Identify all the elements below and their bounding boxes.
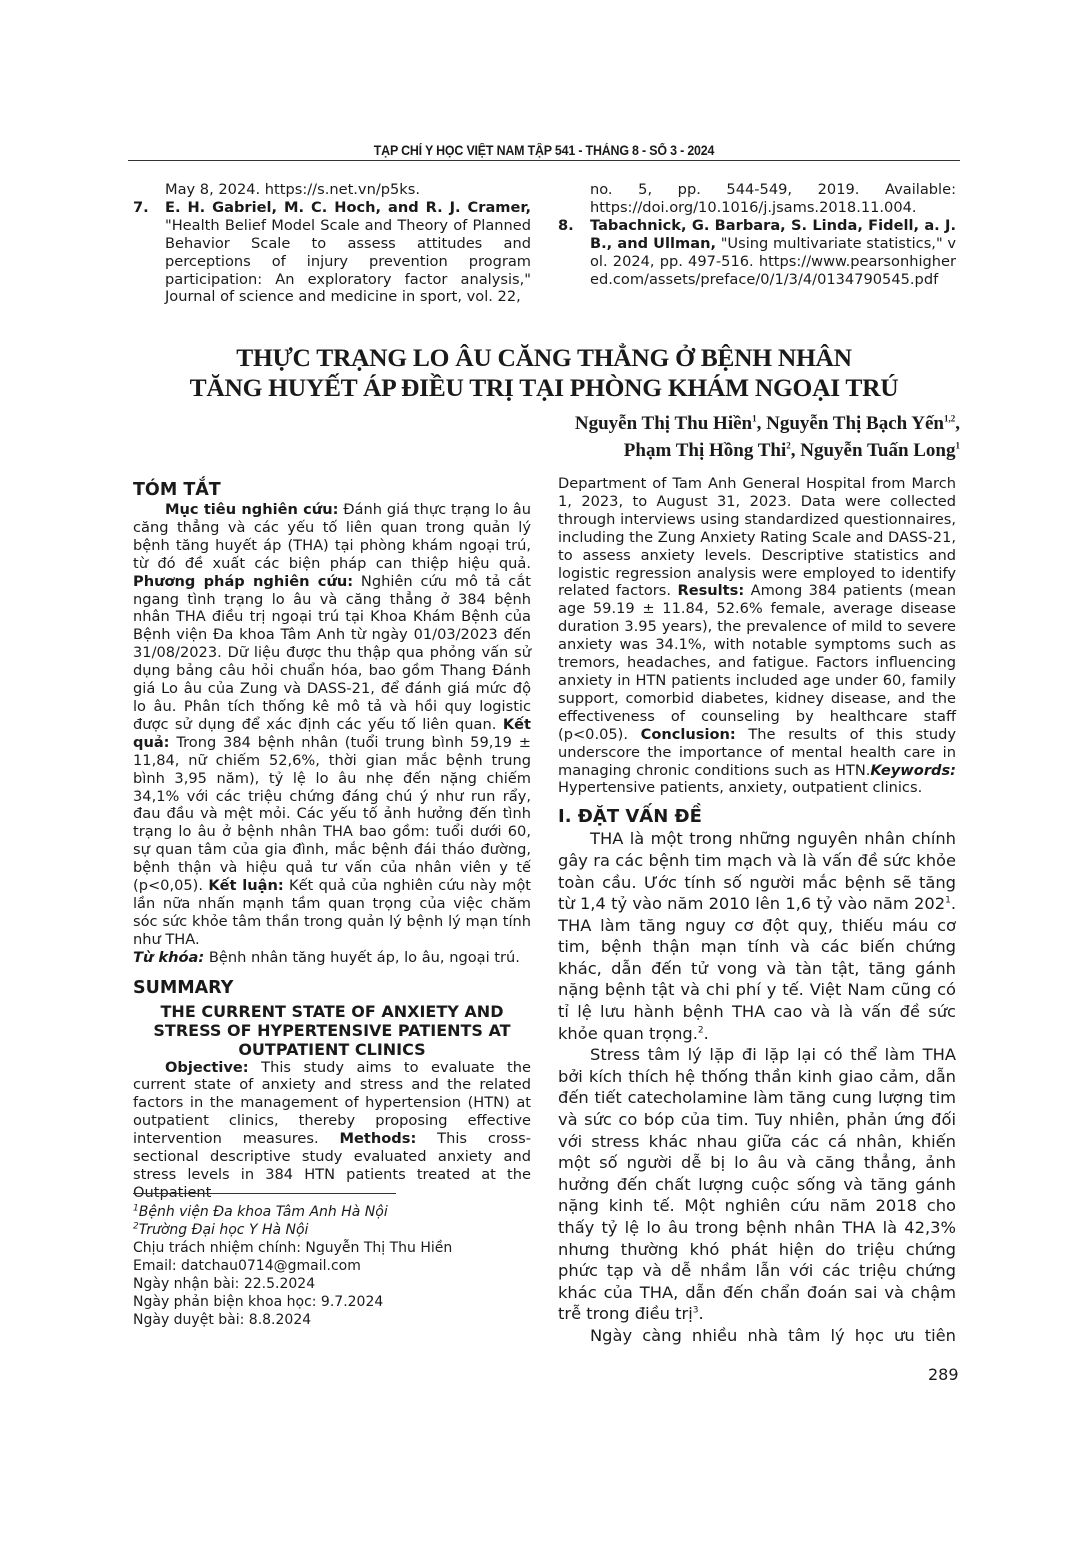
paragraph-text: .: [704, 1024, 709, 1043]
reference-continuation: no. 5, pp. 544-549, 2019. Available: htt…: [590, 181, 956, 217]
reference-authors: E. H. Gabriel, M. C. Hoch, and R. J. Cra…: [165, 199, 531, 216]
conclusion-label-en: Conclusion:: [641, 726, 736, 743]
methods-text-en-continued: Department of Tam Anh General Hospital f…: [558, 475, 956, 599]
affiliation-text: Bệnh viện Đa khoa Tâm Anh Hà Nội: [139, 1204, 388, 1220]
section-1-paragraph-3: Ngày càng nhiều nhà tâm lý học ưu tiên: [558, 1325, 956, 1347]
reference-item-7: 7. E. H. Gabriel, M. C. Hoch, and R. J. …: [165, 199, 531, 306]
section-1-heading: I. ĐẶT VẤN ĐỀ: [558, 806, 956, 828]
corresponding-author: Chịu trách nhiệm chính: Nguyễn Thị Thu H…: [133, 1239, 531, 1257]
author-affiliation: 1: [956, 441, 961, 451]
objective-label: Mục tiêu nghiên cứu:: [165, 501, 338, 518]
date-accepted: Ngày duyệt bài: 8.8.2024: [133, 1311, 531, 1329]
footnotes: 1Bệnh viện Đa khoa Tâm Anh Hà Nội 2Trườn…: [133, 1203, 531, 1329]
methods-text: Nghiên cứu mô tả cắt ngang tình trạng lo…: [133, 573, 531, 733]
date-reviewed: Ngày phản biện khoa học: 9.7.2024: [133, 1293, 531, 1311]
keywords-text-en: Hypertensive patients, anxiety, outpatie…: [558, 779, 922, 796]
summary-heading: SUMMARY: [133, 977, 531, 999]
date-received: Ngày nhận bài: 22.5.2024: [133, 1275, 531, 1293]
references-left: May 8, 2024. https://s.net.vn/p5ks. 7. E…: [165, 181, 531, 306]
affiliation-2: 2Trường Đại học Y Hà Nội: [133, 1221, 531, 1239]
conclusion-label: Kết luận:: [208, 877, 283, 894]
header-rule: [128, 160, 960, 161]
author-affiliation: 1,2: [944, 414, 955, 424]
author-separator: ,: [791, 440, 801, 461]
page-number: 289: [928, 1365, 959, 1384]
article-title: THỰC TRẠNG LO ÂU CĂNG THẲNG Ở BỆNH NHÂN …: [128, 343, 960, 403]
keywords-label: Từ khóa:: [133, 949, 204, 966]
reference-item-8: 8. Tabachnick, G. Barbara, S. Linda, Fid…: [590, 217, 956, 289]
author-separator: ,: [955, 413, 960, 434]
abstract-vi-keywords: Từ khóa: Bệnh nhân tăng huyết áp, lo âu,…: [133, 949, 531, 967]
summary-title: THE CURRENT STATE OF ANXIETY AND STRESS …: [133, 1002, 531, 1059]
keywords-label-en: Keywords:: [870, 762, 956, 779]
right-column: Department of Tam Anh General Hospital f…: [558, 475, 956, 1347]
paragraph-text: . THA làm tăng nguy cơ đột quỵ, thiếu má…: [558, 894, 956, 1043]
footnote-rule: [133, 1193, 396, 1194]
author-email: Email: datchau0714@gmail.com: [133, 1257, 531, 1275]
author-name: Phạm Thị Hồng Thi: [624, 440, 786, 461]
results-text: Trong 384 bệnh nhân (tuổi trung bình 59,…: [133, 734, 531, 894]
methods-label-en: Methods:: [340, 1130, 417, 1147]
paragraph-text: THA là một trong những nguyên nhân chính…: [558, 829, 956, 913]
reference-number: 7.: [133, 199, 149, 217]
author-list: Nguyễn Thị Thu Hiền1, Nguyễn Thị Bạch Yế…: [575, 410, 960, 464]
running-header: TẠP CHÍ Y HỌC VIỆT NAM TẬP 541 - THÁNG 8…: [161, 143, 926, 158]
article-title-line-1: THỰC TRẠNG LO ÂU CĂNG THẲNG Ở BỆNH NHÂN: [128, 343, 960, 373]
reference-text: "Health Belief Model Scale and Theory of…: [165, 217, 531, 306]
references-right: no. 5, pp. 544-549, 2019. Available: htt…: [590, 181, 956, 288]
results-text-en: Among 384 patients (mean age 59.19 ± 11.…: [558, 582, 956, 742]
abstract-vi-heading: TÓM TẮT: [133, 479, 531, 501]
journal-page: TẠP CHÍ Y HỌC VIỆT NAM TẬP 541 - THÁNG 8…: [0, 0, 1090, 1541]
keywords-text: Bệnh nhân tăng huyết áp, lo âu, ngoại tr…: [204, 949, 520, 966]
reference-continuation: May 8, 2024. https://s.net.vn/p5ks.: [165, 181, 531, 199]
author-name: Nguyễn Thị Thu Hiền: [575, 413, 752, 434]
article-title-line-2: TĂNG HUYẾT ÁP ĐIỀU TRỊ TẠI PHÒNG KHÁM NG…: [128, 373, 960, 403]
summary-body-left: Objective: This study aims to evaluate t…: [133, 1059, 531, 1202]
affiliation-text: Trường Đại học Y Hà Nội: [139, 1222, 309, 1238]
objective-label-en: Objective:: [165, 1059, 249, 1076]
summary-body-right: Department of Tam Anh General Hospital f…: [558, 475, 956, 797]
results-label-en: Results:: [677, 582, 744, 599]
paragraph-text: Stress tâm lý lặp đi lặp lại có thể làm …: [558, 1045, 956, 1323]
section-1-paragraph-1: THA là một trong những nguyên nhân chính…: [558, 828, 956, 1044]
section-1-paragraph-2: Stress tâm lý lặp đi lặp lại có thể làm …: [558, 1044, 956, 1325]
paragraph-text: .: [698, 1304, 703, 1323]
author-separator: ,: [757, 413, 767, 434]
author-name: Nguyễn Thị Bạch Yến: [766, 413, 944, 434]
left-column: TÓM TẮT Mục tiêu nghiên cứu: Đánh giá th…: [133, 479, 531, 1202]
author-name: Nguyễn Tuấn Long: [800, 440, 955, 461]
abstract-vi-body: Mục tiêu nghiên cứu: Đánh giá thực trạng…: [133, 501, 531, 949]
affiliation-1: 1Bệnh viện Đa khoa Tâm Anh Hà Nội: [133, 1203, 531, 1221]
methods-label: Phương pháp nghiên cứu:: [133, 573, 353, 590]
reference-number: 8.: [558, 217, 574, 235]
